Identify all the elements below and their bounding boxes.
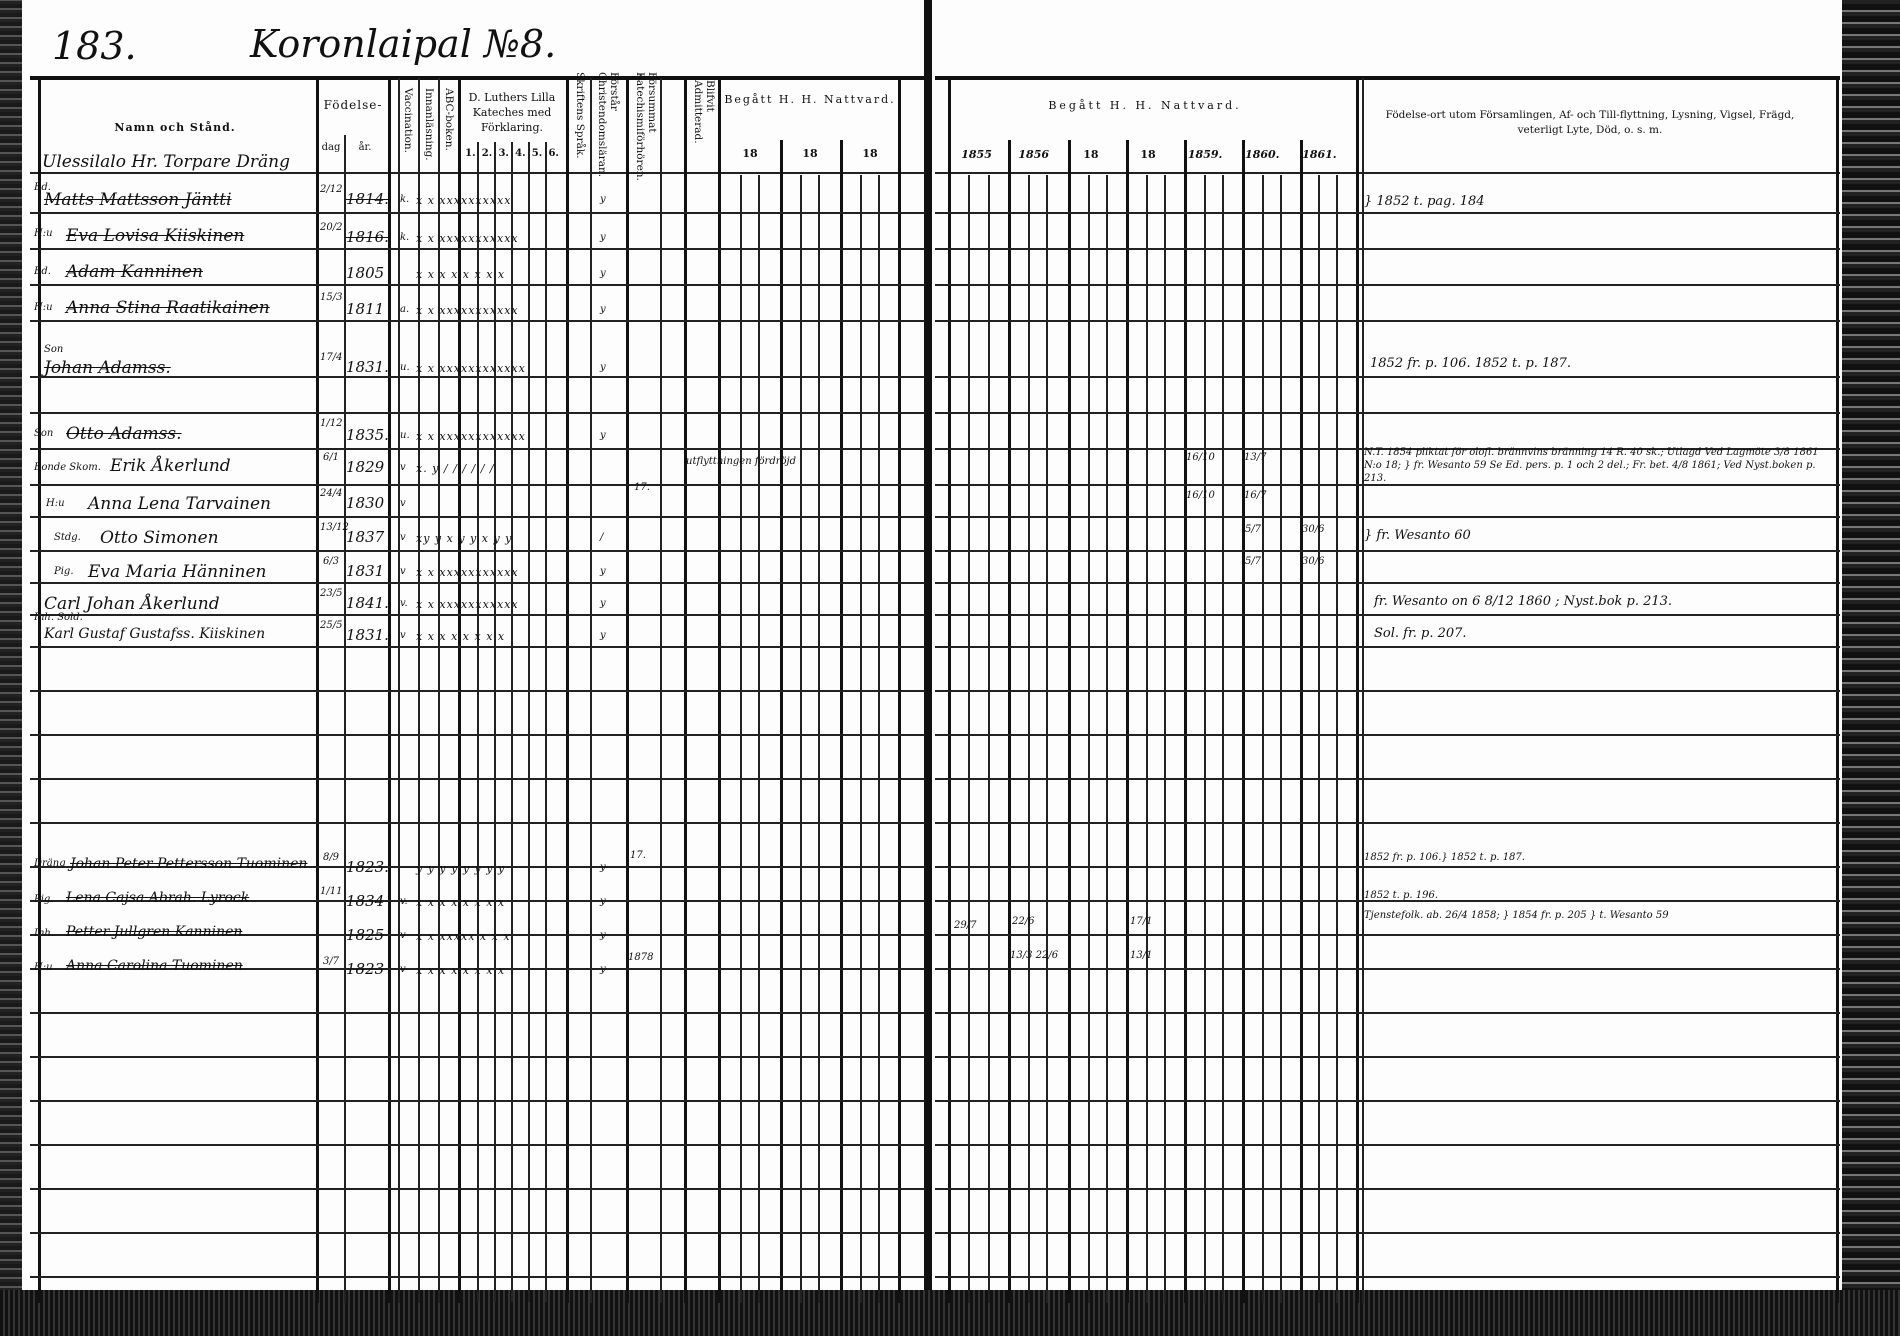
- vaccination-mark: a.: [400, 304, 409, 315]
- column-header-birth-year: år.: [345, 140, 385, 155]
- row-rule: [935, 320, 1840, 322]
- reading-marks: x x xxxxxxxxxx: [416, 194, 511, 207]
- communion-1860: 5/7: [1244, 524, 1262, 535]
- birth-year: 1811: [346, 300, 384, 318]
- communion-1861: 30/6: [1302, 556, 1320, 567]
- person-title: Pig.: [34, 894, 54, 905]
- rule: [545, 142, 547, 1302]
- communion-year-1855: 1855: [948, 148, 1005, 161]
- reading-marks: x x x x x x x x: [416, 630, 505, 643]
- reading-marks: x x xxxxxxxxxxxx: [416, 430, 526, 443]
- reading-marks: x x xxxxxxxxxxx: [416, 598, 519, 611]
- rule: [968, 175, 970, 1303]
- column-header-missed-catechism: Försummat Katechismiförhören.: [632, 72, 658, 182]
- vaccination-mark: v: [400, 498, 406, 509]
- row-rule: [30, 212, 925, 214]
- rule: [1280, 175, 1282, 1303]
- birth-day: 3/7: [320, 956, 342, 967]
- communion-1859: 17/1: [1130, 916, 1146, 927]
- birth-day: 13/12: [320, 522, 342, 533]
- birth-year: 1830: [346, 494, 384, 512]
- row-rule: [30, 582, 925, 584]
- rule: [780, 140, 783, 1303]
- scripture-mark: y: [600, 430, 606, 441]
- person-name: Eva Maria Hänninen: [88, 562, 266, 582]
- row-rule: [935, 284, 1840, 286]
- person-name: Anna Lena Tarvainen: [88, 494, 271, 514]
- person-name: Matts Mattsson Jäntti: [44, 190, 232, 210]
- row-rule: [935, 1144, 1840, 1146]
- communion-1859: 13/1: [1130, 950, 1146, 961]
- remark: 1852 fr. p. 106. 1852 t. p. 187.: [1370, 356, 1571, 371]
- catechism-part-6: 6.: [545, 148, 562, 159]
- row-rule: [30, 412, 925, 414]
- column-header-understands: Förstår Christendomsläran.: [594, 72, 620, 172]
- admitted-note: utflyttningen fördröjd: [686, 456, 796, 467]
- row-rule: [30, 1276, 925, 1278]
- rule: [1262, 175, 1264, 1303]
- scripture-mark: y: [600, 862, 606, 873]
- column-header-catechism: D. Luthers Lilla Kateches med Förklaring…: [462, 90, 562, 135]
- person-name: Johan Adamss.: [44, 358, 171, 378]
- rule: [1146, 175, 1148, 1303]
- row-rule: [935, 1012, 1840, 1014]
- vaccination-mark: v.: [400, 598, 408, 609]
- vaccination-mark: v: [400, 930, 406, 941]
- vaccination-mark: u.: [400, 362, 410, 373]
- birth-day: 17/4: [320, 352, 342, 363]
- row-rule: [935, 1276, 1840, 1278]
- reading-marks: xy y x y y x y y: [416, 532, 512, 545]
- birth-year: 1835.: [346, 426, 389, 444]
- page-number: 183.: [52, 24, 137, 68]
- reading-marks: x x xxxxxxxxxxx: [416, 566, 519, 579]
- person-name: Adam Kanninen: [66, 262, 203, 282]
- row-rule: [30, 1232, 925, 1234]
- birth-year: 1829: [346, 458, 384, 476]
- scripture-mark: /: [600, 532, 603, 543]
- row-rule: [30, 1012, 925, 1014]
- vaccination-mark: v.: [400, 896, 408, 907]
- scripture-mark: y: [600, 896, 606, 907]
- remark: fr. Wesanto on 6 8/12 1860 ; Nyst.bok p.…: [1374, 594, 1672, 609]
- scripture-mark: y: [600, 598, 606, 609]
- rule: [740, 175, 742, 1303]
- row-rule: [935, 734, 1840, 736]
- scripture-mark: y: [600, 362, 606, 373]
- communion-1860: 16/7: [1244, 490, 1262, 501]
- column-header-birth-day: dag: [318, 140, 344, 155]
- scripture-mark: y: [600, 304, 606, 315]
- row-rule: [935, 1188, 1840, 1190]
- person-title: H:u: [46, 498, 65, 509]
- birth-day: 8/9: [320, 852, 342, 863]
- book-spine: [924, 0, 932, 1320]
- vaccination-mark: v: [400, 532, 406, 543]
- row-rule: [30, 1100, 925, 1102]
- person-title: Stdg.: [54, 532, 81, 543]
- row-rule: [935, 968, 1840, 970]
- vaccination-mark: v: [400, 964, 406, 975]
- communion-year-left-2: 18: [782, 146, 838, 161]
- catechism-part-2: 2.: [479, 148, 496, 159]
- row-rule: [935, 516, 1840, 518]
- person-name: Eva Lovisa Kiiskinen: [66, 226, 244, 246]
- person-name: Carl Johan Åkerlund: [44, 594, 220, 614]
- birth-day: 6/1: [320, 452, 342, 463]
- person-name: Anna Carolina Tuominen: [66, 958, 243, 974]
- remark: Sol. fr. p. 207.: [1374, 626, 1467, 641]
- row-rule: [935, 550, 1840, 552]
- row-rule: [935, 376, 1840, 378]
- book-edge-right: [1842, 0, 1900, 1336]
- birth-day: 24/4: [320, 488, 342, 499]
- communion-1859: 16/10: [1186, 490, 1204, 501]
- birth-year: 1841.: [346, 594, 389, 612]
- scripture-mark: y: [600, 268, 606, 279]
- reading-marks: x x xxxxx x x x: [416, 930, 511, 943]
- row-rule: [30, 646, 925, 648]
- remark: 1852 t. p. 196.: [1364, 890, 1438, 901]
- remark: } fr. Wesanto 60: [1364, 528, 1471, 543]
- column-header-scripture: Skriftens Språk.: [574, 72, 586, 172]
- birth-year: 1816.: [346, 228, 389, 246]
- communion-year-left-3: 18: [842, 146, 898, 161]
- person-name: Otto Adamss.: [66, 424, 182, 444]
- vaccination-mark: u.: [400, 430, 410, 441]
- row-rule: [935, 934, 1840, 936]
- row-rule: [30, 690, 925, 692]
- row-rule: [935, 614, 1840, 616]
- person-title: Dräng: [34, 858, 66, 869]
- row-rule: [30, 734, 925, 736]
- person-title: H:u: [34, 302, 53, 313]
- reading-marks: x x x x x x x x: [416, 964, 505, 977]
- column-header-remarks: Födelse-ort utom Församlingen, Af- och T…: [1370, 108, 1810, 138]
- birth-day: 1/11: [320, 886, 342, 897]
- rule: [818, 175, 820, 1303]
- rule: [1028, 175, 1030, 1303]
- vaccination-mark: v: [400, 566, 406, 577]
- rule: [1126, 140, 1129, 1303]
- row-rule: [935, 1056, 1840, 1058]
- birth-day: 1/12: [320, 418, 342, 429]
- birth-year: 1834: [346, 892, 384, 910]
- communion-1856: 22/6: [1012, 916, 1028, 927]
- reading-marks: x x xxxxxxxxxxx: [416, 232, 519, 245]
- birth-day: 23/5: [320, 588, 342, 599]
- catechism-part-3: 3.: [495, 148, 512, 159]
- row-rule: [30, 614, 925, 616]
- rule: [1164, 175, 1166, 1303]
- person-name: Johan Peter Pettersson Tuominen: [70, 856, 307, 872]
- row-rule: [30, 550, 925, 552]
- rule: [1318, 175, 1320, 1303]
- person-title: Bd.: [34, 182, 51, 193]
- communion-1859: 16/10: [1186, 452, 1204, 463]
- column-header-communion-left: Begått H. H. Nattvard.: [720, 92, 900, 107]
- person-title: Inh. Sold.: [34, 612, 83, 623]
- birth-year: 1823.: [346, 858, 389, 876]
- person-title: Inh.: [34, 928, 54, 939]
- row-rule: [935, 690, 1840, 692]
- row-rule: [935, 822, 1840, 824]
- row-rule: [30, 484, 925, 486]
- row-rule: [30, 448, 925, 450]
- person-title: Son: [34, 428, 53, 439]
- reading-marks: x x x x x x x x: [416, 268, 505, 281]
- birth-year: 1823: [346, 960, 384, 978]
- birth-day: 15/3: [320, 292, 342, 303]
- rule: [860, 175, 862, 1303]
- rule: [840, 140, 843, 1303]
- column-header-name: Namn och Stånd.: [40, 120, 310, 135]
- missed-catechism: 17.: [634, 482, 650, 493]
- row-rule: [30, 284, 925, 286]
- vaccination-mark: k.: [400, 232, 409, 243]
- rule: [1222, 175, 1224, 1303]
- column-header-vaccination: Vaccination.: [402, 88, 414, 168]
- vaccination-mark: v: [400, 630, 406, 641]
- reading-marks: x. y / / / / / /: [416, 462, 495, 475]
- row-rule: [935, 1100, 1840, 1102]
- catechism-part-4: 4.: [512, 148, 529, 159]
- vaccination-mark: v: [400, 462, 406, 473]
- top-border-right: [935, 76, 1840, 80]
- rule: [1300, 140, 1303, 1303]
- person-title: Pig.: [54, 566, 74, 577]
- scripture-mark: y: [600, 232, 606, 243]
- column-header-abc-book: ABC-boken.: [443, 88, 455, 168]
- row-rule: [30, 778, 925, 780]
- vaccination-mark: k.: [400, 194, 409, 205]
- person-name: Karl Gustaf Gustafss. Kiiskinen: [44, 626, 265, 642]
- scripture-mark: y: [600, 194, 606, 205]
- row-rule: [30, 516, 925, 518]
- person-title: H:u: [34, 228, 53, 239]
- row-rule: [935, 412, 1840, 414]
- row-rule: [935, 582, 1840, 584]
- birth-year: 1837: [346, 528, 384, 546]
- scripture-mark: y: [600, 630, 606, 641]
- missed-catechism: 17.: [630, 850, 646, 861]
- communion-1855: 29/7: [954, 920, 970, 931]
- remark: 1852 fr. p. 106.} 1852 t. p. 187.: [1364, 852, 1525, 863]
- birth-year: 1825: [346, 926, 384, 944]
- missed-catechism: 1878: [628, 952, 653, 963]
- birth-day: 6/3: [320, 556, 342, 567]
- reading-marks: x x x x x x x x: [416, 896, 505, 909]
- person-name: Anna Stina Raatikainen: [66, 298, 270, 318]
- rule: [1068, 140, 1071, 1303]
- reading-marks: x x xxxxxxxxxxxx: [416, 362, 526, 375]
- rule: [1242, 140, 1245, 1303]
- column-header-reading: Innanläsning.: [423, 88, 435, 168]
- birth-day: 20/2: [320, 222, 342, 233]
- row-rule: [30, 1188, 925, 1190]
- row-rule: [30, 822, 925, 824]
- rule: [988, 175, 990, 1303]
- top-border-left: [30, 76, 925, 80]
- row-rule: [935, 212, 1840, 214]
- communion-1861: 30/6: [1302, 524, 1320, 535]
- remark: N.T. 1854 pliktat för olofl. brännvins b…: [1364, 446, 1834, 485]
- person-title: Son: [44, 344, 63, 355]
- birth-year: 1805: [346, 264, 384, 282]
- book-edge-left: [0, 0, 24, 1336]
- household-heading: Ulessilalo Hr. Torpare Dräng: [42, 152, 290, 172]
- row-rule: [30, 1144, 925, 1146]
- column-header-communion-right: Begått H. H. Nattvard.: [955, 98, 1335, 113]
- row-rule: [30, 1056, 925, 1058]
- person-name: Petter Jullgren Kanninen: [66, 924, 242, 940]
- reading-marks: y y y y y y y y: [416, 862, 505, 875]
- communion-year-left-1: 18: [722, 146, 778, 161]
- communion-year-1856: 1856: [1005, 148, 1062, 161]
- column-header-birth: Födelse-: [318, 98, 388, 113]
- rule: [1184, 140, 1187, 1303]
- row-rule: [935, 646, 1840, 648]
- scripture-mark: y: [600, 930, 606, 941]
- village-title: Koronlaipal №8.: [250, 22, 556, 66]
- catechism-part-5: 5.: [529, 148, 546, 159]
- row-rule: [30, 320, 925, 322]
- birth-year: 1814.: [346, 190, 389, 208]
- row-rule: [935, 1232, 1840, 1234]
- scripture-mark: y: [600, 964, 606, 975]
- rule: [800, 175, 802, 1303]
- row-rule: [935, 778, 1840, 780]
- person-name: Lena Cajsa Abrah. Lyrock: [66, 890, 249, 906]
- rule: [1336, 175, 1338, 1303]
- reading-marks: x x xxxxxxxxxxx: [416, 304, 519, 317]
- row-rule: [30, 248, 925, 250]
- rule: [878, 175, 880, 1303]
- birth-day: 2/12: [320, 184, 342, 195]
- communion-1856: 13/3 22/6: [1010, 950, 1046, 961]
- rule: [1046, 175, 1048, 1303]
- row-rule: [935, 248, 1840, 250]
- person-name: Erik Åkerlund: [110, 456, 231, 476]
- person-title: H:u: [34, 962, 53, 973]
- rule: [758, 175, 760, 1303]
- person-title: Bd.: [34, 266, 51, 277]
- rule: [1088, 175, 1090, 1303]
- birth-year: 1831: [346, 562, 384, 580]
- remark: } 1852 t. pag. 184: [1364, 194, 1485, 209]
- rule: [1008, 140, 1011, 1303]
- communion-1860: 13/7: [1244, 452, 1262, 463]
- person-name: Otto Simonen: [100, 528, 219, 548]
- column-header-admitted: Blifvit Admitterad.: [690, 80, 716, 170]
- birth-day: 25/5: [320, 620, 342, 631]
- rule: [1204, 175, 1206, 1303]
- rule: [1106, 175, 1108, 1303]
- birth-year: 1831.: [346, 626, 389, 644]
- birth-year: 1831.: [346, 358, 389, 376]
- remark: Tjenstefolk. ab. 26/4 1858; } 1854 fr. p…: [1364, 908, 1834, 923]
- communion-1860: 5/7: [1244, 556, 1262, 567]
- rule: [528, 142, 530, 1302]
- scripture-mark: y: [600, 566, 606, 577]
- person-title: Bonde Skom.: [34, 462, 101, 473]
- row-rule: [935, 866, 1840, 868]
